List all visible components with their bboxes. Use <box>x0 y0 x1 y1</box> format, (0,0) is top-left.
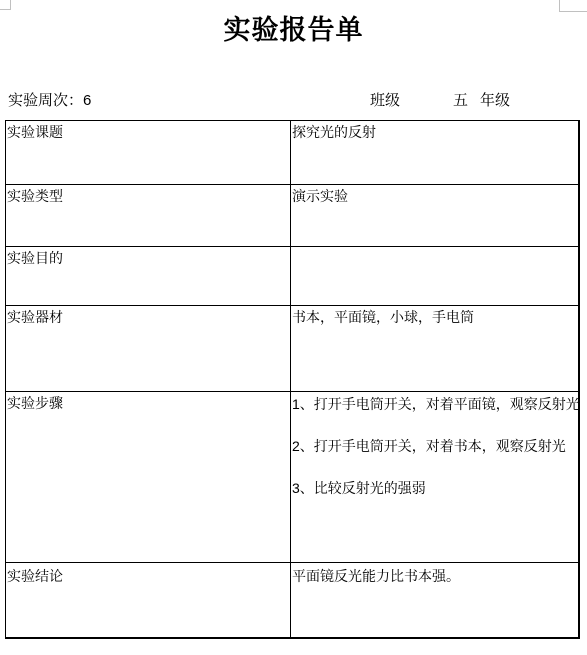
row-label-steps: 实验步骤 <box>6 392 291 563</box>
class-label: 班级 <box>370 89 400 110</box>
row-label-type: 实验类型 <box>6 185 291 247</box>
page-title: 实验报告单 <box>0 8 587 47</box>
table-row-topic: 实验课题 探究光的反射 <box>6 121 579 185</box>
row-content-conclusion: 平面镜反光能力比书本强。 <box>291 563 579 638</box>
row-content-topic: 探究光的反射 <box>291 121 579 185</box>
experiment-week-label: 实验周次：6 <box>8 89 91 110</box>
header-line: 实验周次：6 班级 五 年级 <box>8 89 587 109</box>
table-row-conclusion: 实验结论 平面镜反光能力比书本强。 <box>6 563 579 638</box>
step-line-1: 1、打开手电筒开关，对着平面镜，观察反射光 <box>292 396 577 412</box>
row-label-conclusion: 实验结论 <box>6 563 291 638</box>
row-label-topic: 实验课题 <box>6 121 291 185</box>
row-label-materials: 实验器材 <box>6 306 291 392</box>
row-content-type: 演示实验 <box>291 185 579 247</box>
row-content-materials: 书本，平面镜，小球，手电筒 <box>291 306 579 392</box>
grade-value: 五 <box>453 89 468 110</box>
table-row-type: 实验类型 演示实验 <box>6 185 579 247</box>
step-line-2: 2、打开手电筒开关，对着书本，观察反射光 <box>292 438 577 454</box>
grade-suffix: 年级 <box>480 89 510 110</box>
row-content-steps: 1、打开手电筒开关，对着平面镜，观察反射光 2、打开手电筒开关，对着书本，观察反… <box>291 392 579 563</box>
step-line-3: 3、比较反射光的强弱 <box>292 480 577 496</box>
report-table: 实验课题 探究光的反射 实验类型 演示实验 实验目的 实验器材 书本，平面镜，小… <box>5 120 580 639</box>
table-row-steps: 实验步骤 1、打开手电筒开关，对着平面镜，观察反射光 2、打开手电筒开关，对着书… <box>6 392 579 563</box>
row-content-purpose <box>291 247 579 306</box>
table-row-materials: 实验器材 书本，平面镜，小球，手电筒 <box>6 306 579 392</box>
report-page: 实验报告单 实验周次：6 班级 五 年级 实验课题 探究光的反射 实验类型 演示… <box>0 0 587 655</box>
row-label-purpose: 实验目的 <box>6 247 291 306</box>
table-row-purpose: 实验目的 <box>6 247 579 306</box>
